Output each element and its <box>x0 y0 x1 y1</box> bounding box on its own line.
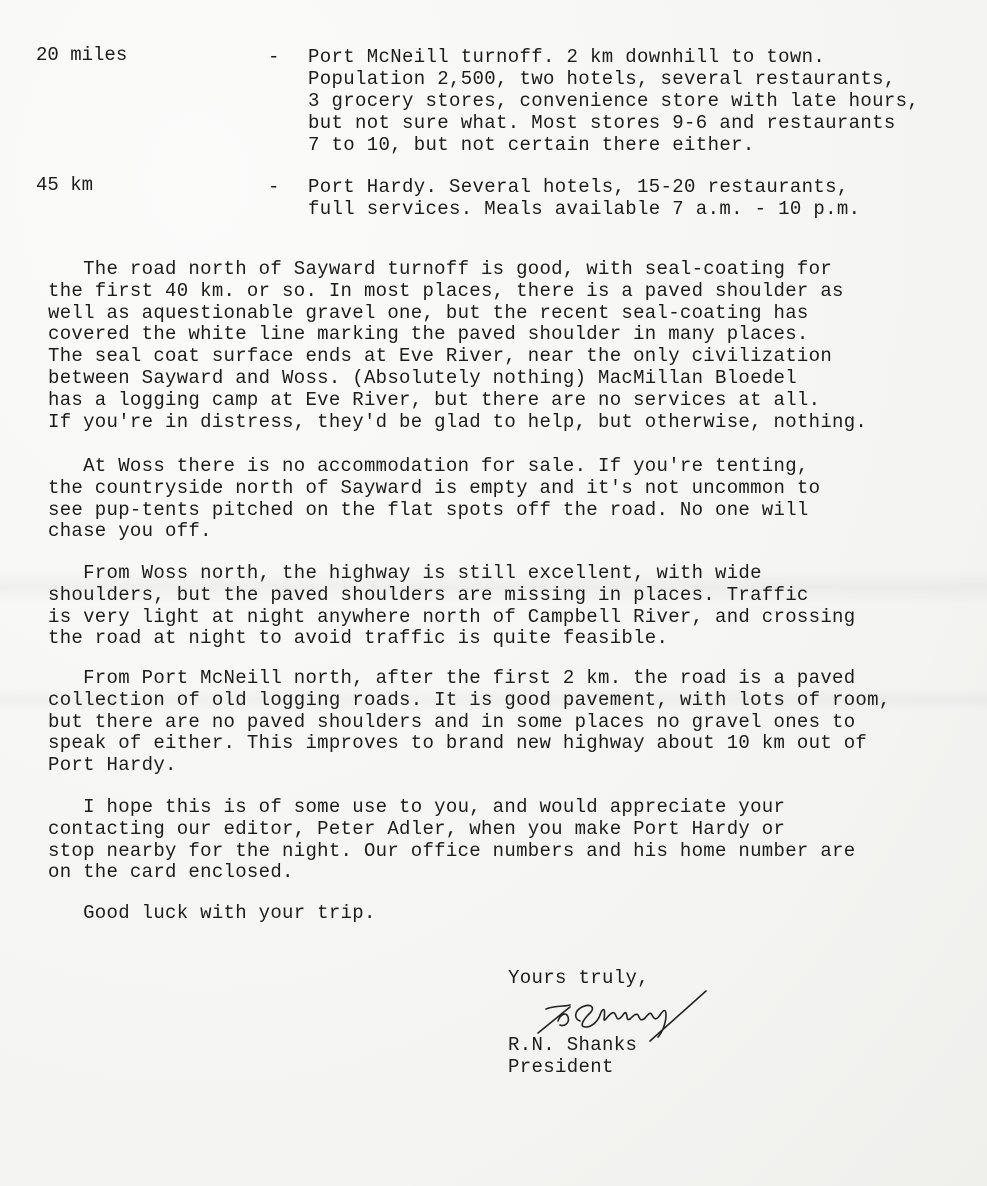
paragraph-line: on the card enclosed. <box>48 862 978 884</box>
entry-line: Port McNeill turnoff. 2 km downhill to t… <box>308 46 825 68</box>
paragraph-line: well as aquestionable gravel one, but th… <box>48 303 978 325</box>
entry-line: full services. Meals available 7 a.m. - … <box>308 198 860 220</box>
paragraph-line: From Woss north, the highway is still ex… <box>48 563 978 585</box>
paragraph-line: between Sayward and Woss. (Absolutely no… <box>48 368 978 390</box>
paragraph-line: If you're in distress, they'd be glad to… <box>48 412 978 434</box>
paragraph-line: From Port McNeill north, after the first… <box>48 668 978 690</box>
paragraph-line: contacting our editor, Peter Adler, when… <box>48 819 978 841</box>
paragraph-road-north-of-sayward: The road north of Sayward turnoff is goo… <box>48 259 978 433</box>
entry-line: but not sure what. Most stores 9-6 and r… <box>308 112 896 134</box>
paragraph-closing-request: I hope this is of some use to you, and w… <box>48 797 978 884</box>
paragraph-line: but there are no paved shoulders and in … <box>48 712 978 734</box>
paragraph-line: The road north of Sayward turnoff is goo… <box>48 259 978 281</box>
signer-name: R.N. Shanks <box>508 1034 637 1056</box>
entry-line: Port Hardy. Several hotels, 15-20 restau… <box>308 176 849 198</box>
distance-label: 20 miles <box>36 44 127 66</box>
paragraph-port-mcneill-north: From Port McNeill north, after the first… <box>48 668 978 777</box>
signer-title: President <box>508 1056 614 1078</box>
paragraph-line: collection of old logging roads. It is g… <box>48 690 978 712</box>
paragraph-line: Good luck with your trip. <box>48 903 978 925</box>
paragraph-line: has a logging camp at Eve River, but the… <box>48 390 978 412</box>
paragraph-woss-north: From Woss north, the highway is still ex… <box>48 563 978 650</box>
paragraph-good-luck: Good luck with your trip. <box>48 903 978 925</box>
paragraph-line: The seal coat surface ends at Eve River,… <box>48 346 978 368</box>
paragraph-line: the road at night to avoid traffic is qu… <box>48 628 978 650</box>
paragraph-line: At Woss there is no accommodation for sa… <box>48 456 978 478</box>
paragraph-line: is very light at night anywhere north of… <box>48 607 978 629</box>
entry-separator: - <box>268 176 279 198</box>
entry-separator: - <box>268 46 279 68</box>
entry-line: 7 to 10, but not certain there either. <box>308 134 755 156</box>
distance-label: 45 km <box>36 174 93 196</box>
paragraph-woss-accommodation: At Woss there is no accommodation for sa… <box>48 456 978 543</box>
entry-line: Population 2,500, two hotels, several re… <box>308 68 896 90</box>
paragraph-line: covered the white line marking the paved… <box>48 324 978 346</box>
paragraph-line: stop nearby for the night. Our office nu… <box>48 841 978 863</box>
paragraph-line: chase you off. <box>48 521 978 543</box>
paragraph-line: speak of either. This improves to brand … <box>48 733 978 755</box>
paragraph-line: the countryside north of Sayward is empt… <box>48 478 978 500</box>
paragraph-line: the first 40 km. or so. In most places, … <box>48 281 978 303</box>
paragraph-line: I hope this is of some use to you, and w… <box>48 797 978 819</box>
paragraph-line: shoulders, but the paved shoulders are m… <box>48 585 978 607</box>
paragraph-line: Port Hardy. <box>48 755 978 777</box>
entry-line: 3 grocery stores, convenience store with… <box>308 90 919 112</box>
paragraph-line: see pup-tents pitched on the flat spots … <box>48 500 978 522</box>
